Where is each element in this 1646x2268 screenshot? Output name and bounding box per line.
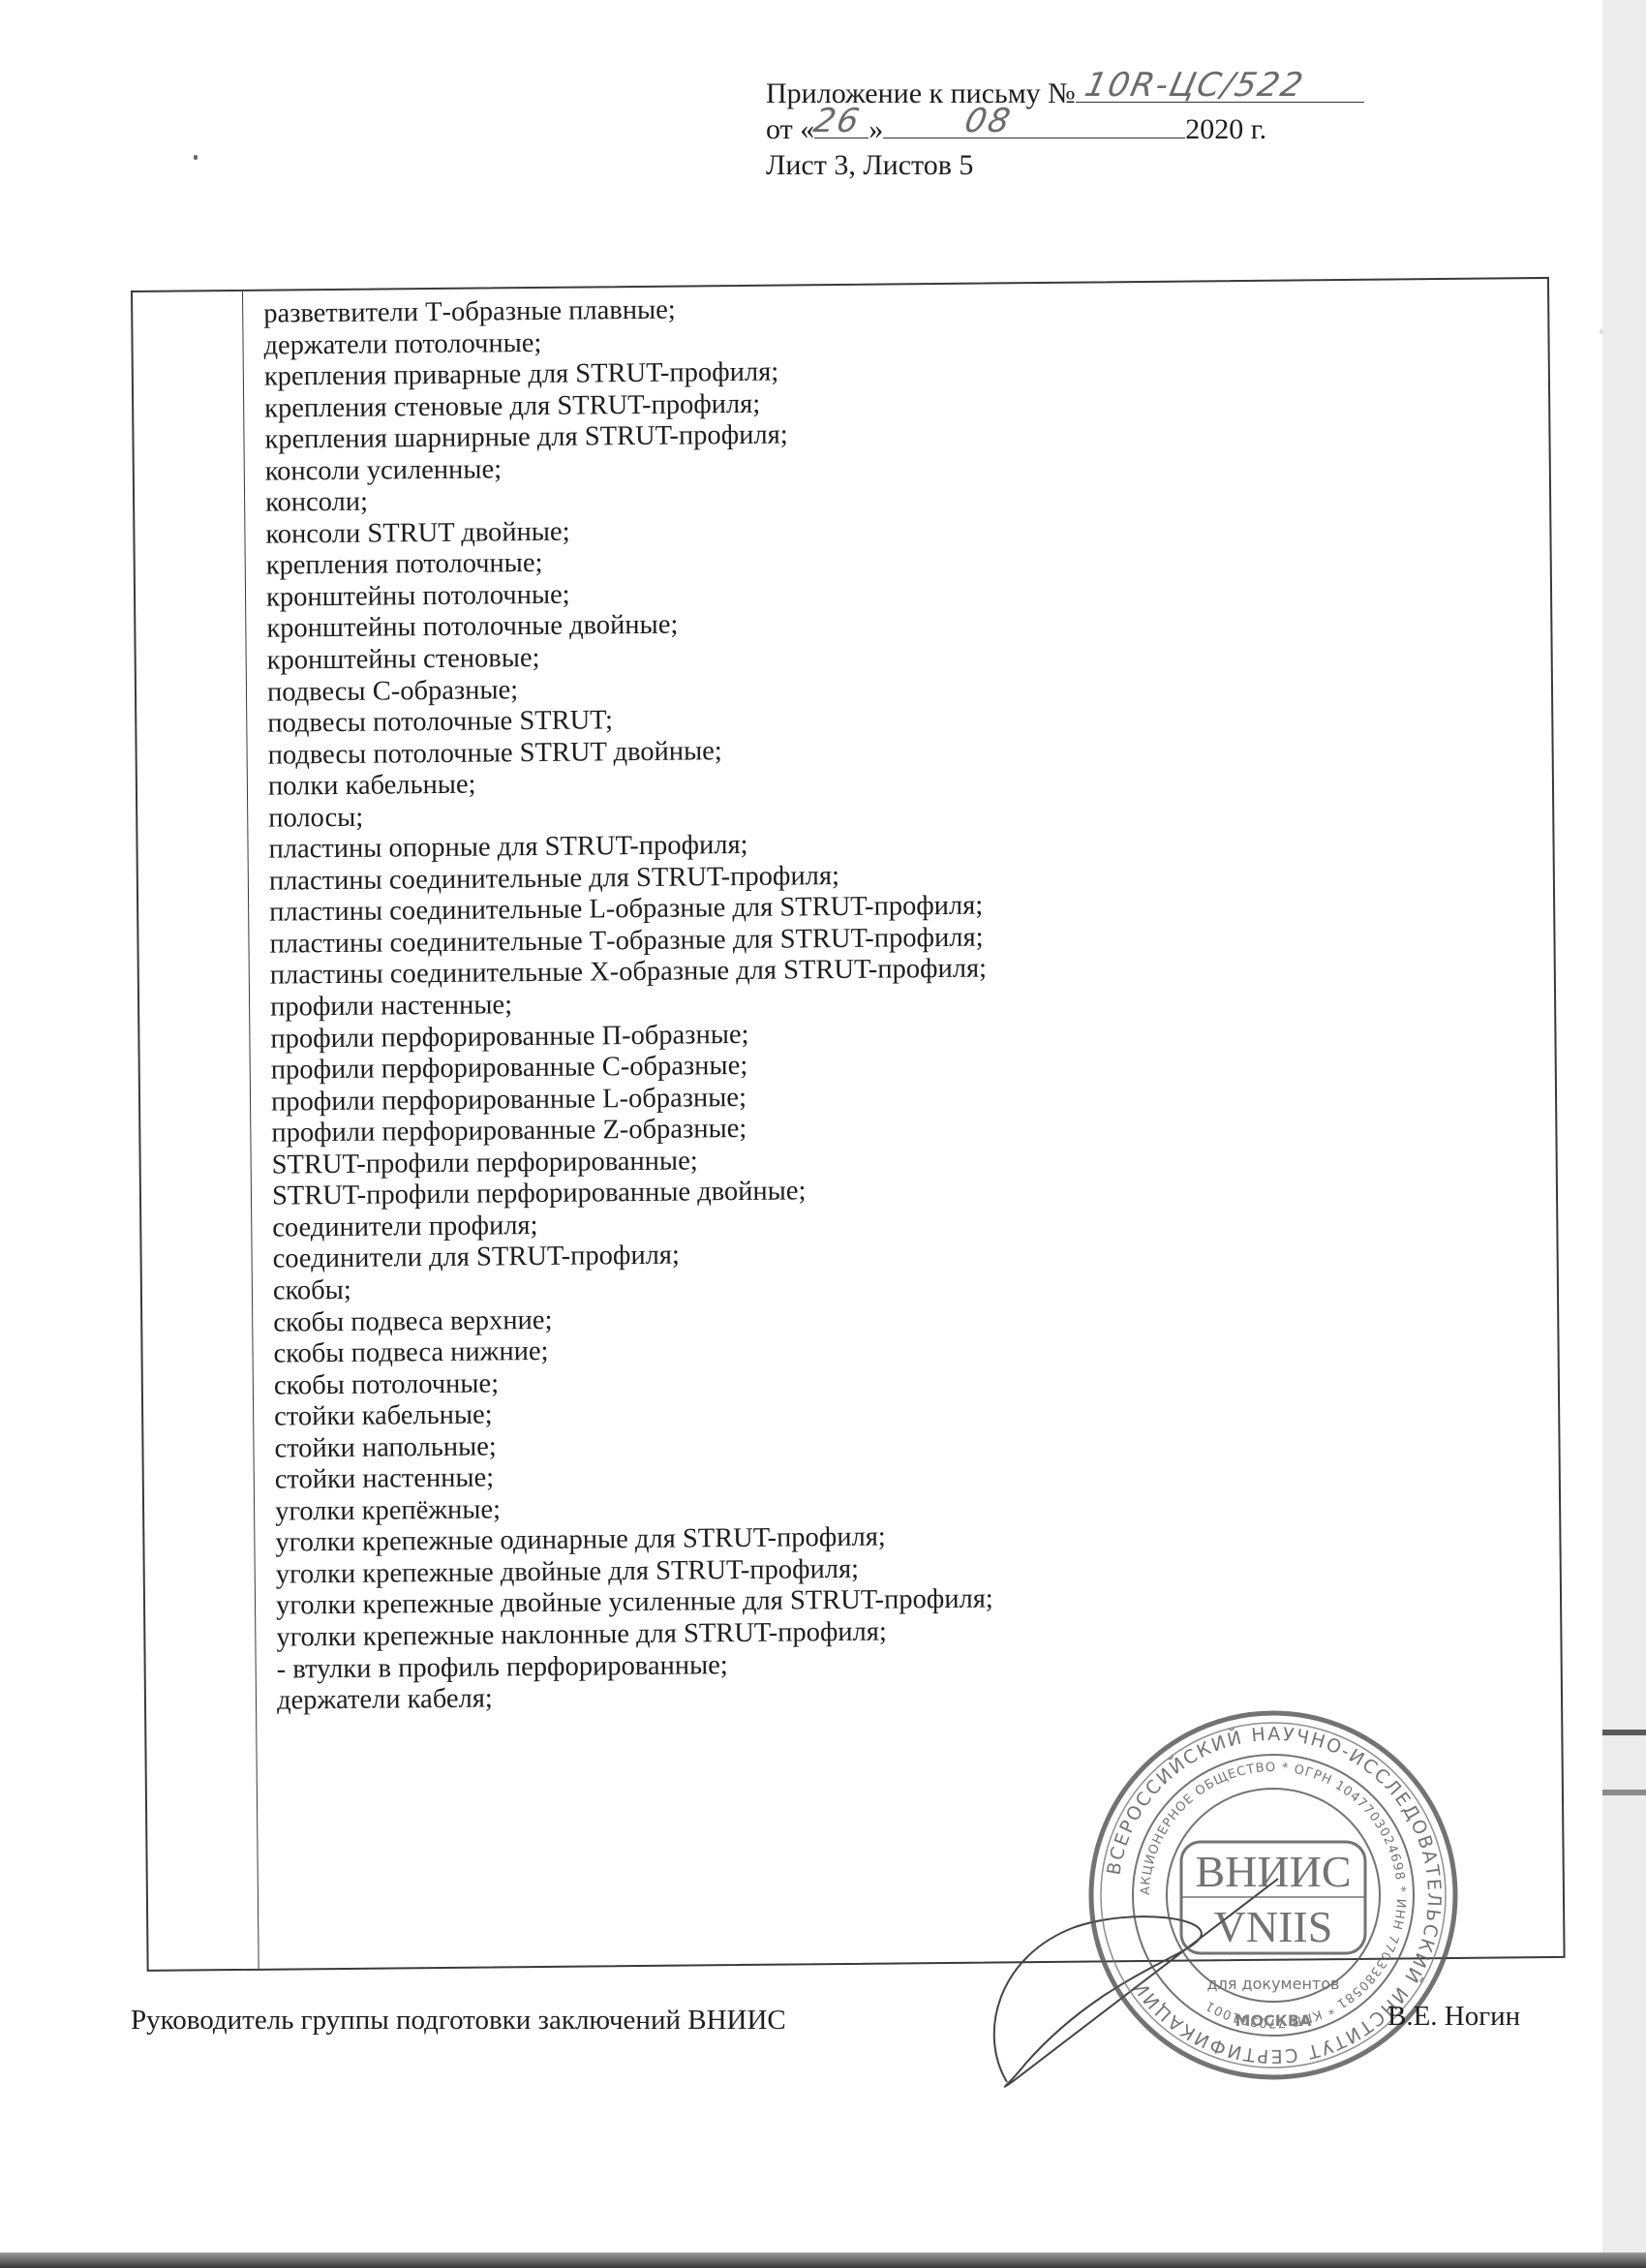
stamp-org-ru: ВНИИС — [1195, 1847, 1351, 1896]
scan-speck — [1600, 329, 1603, 334]
date-month-field: 08 — [883, 112, 1185, 138]
appendix-label: Приложение к письму № — [766, 77, 1076, 109]
list-item: держатели кабеля; — [277, 1679, 994, 1718]
stamp-org-en: VNIIS — [1214, 1902, 1333, 1951]
sheet-info: Лист 3, Листов 5 — [766, 147, 1364, 183]
date-suffix: » — [869, 113, 883, 145]
date-prefix: от « — [766, 113, 814, 145]
date-line: от «26»082020 г. — [766, 111, 1364, 147]
stamp-purpose: для документов — [1207, 1975, 1340, 1993]
table-column-divider — [242, 291, 259, 1969]
letter-number-handwritten: 10R-ЦС/522 — [1082, 68, 1308, 104]
stamp-city: МОСКВА — [1235, 2011, 1313, 2030]
signatory-name: В.Е. Ногин — [1387, 2001, 1520, 2033]
items-list: разветвители Т-образные плавные;держател… — [263, 292, 994, 1718]
date-day-handwritten: 26 — [810, 104, 864, 139]
date-day-field: 26 — [814, 112, 869, 138]
scan-edge-bottom — [0, 2253, 1646, 2268]
date-month-handwritten: 08 — [961, 104, 1015, 139]
scan-edge-notch — [1602, 1790, 1646, 1795]
letter-number-field: 10R-ЦС/522 — [1076, 77, 1364, 103]
signatory-role: Руководитель группы подготовки заключени… — [131, 2005, 786, 2037]
scan-speck — [194, 155, 198, 160]
document-header: Приложение к письму №10R-ЦС/522 от «26»0… — [766, 76, 1364, 183]
date-year: 2020 г. — [1185, 113, 1266, 145]
scan-edge-right — [1602, 0, 1646, 2268]
scan-edge-notch — [1602, 1730, 1646, 1735]
